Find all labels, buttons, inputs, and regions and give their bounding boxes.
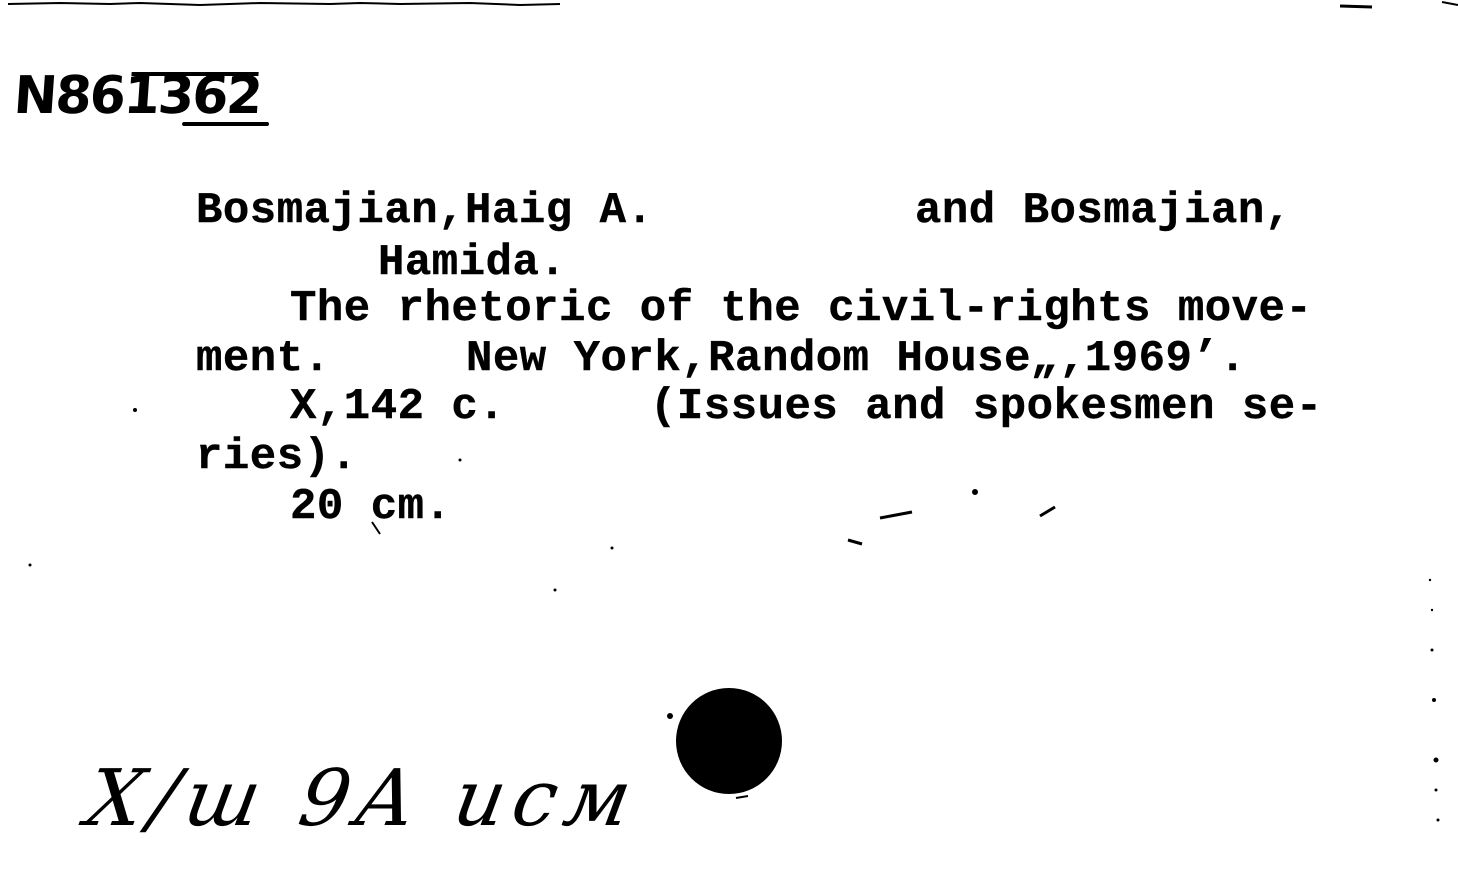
dimensions: 20 cm.: [290, 482, 451, 532]
publication-info: New York,Random House„‚1969’.: [466, 334, 1246, 384]
series-line-1: (Issues and spokesmen se-: [650, 382, 1323, 432]
title-line-1: The rhetoric of the civil-rights move-: [290, 284, 1312, 334]
author-primary: Bosmajian,Haig A.: [196, 186, 653, 236]
series-line-2: ries).: [196, 432, 357, 482]
pagination: X,142 c.: [290, 382, 505, 432]
punch-hole-icon: [676, 688, 782, 794]
catalog-card: N861362 Bosmajian,Haig A. and Bosmajian,…: [0, 0, 1458, 882]
author-secondary-given-name: Hamida.: [378, 238, 566, 288]
call-number-suffix: 1362: [122, 70, 262, 122]
call-number: N861362: [12, 70, 262, 122]
title-line-2: ment.: [196, 334, 331, 384]
call-number-prefix: N86: [12, 66, 126, 126]
scanned-top-edge: [0, 0, 1458, 10]
author-secondary: and Bosmajian,: [915, 186, 1292, 236]
handwritten-note: X/ш 9A исм: [81, 760, 645, 838]
